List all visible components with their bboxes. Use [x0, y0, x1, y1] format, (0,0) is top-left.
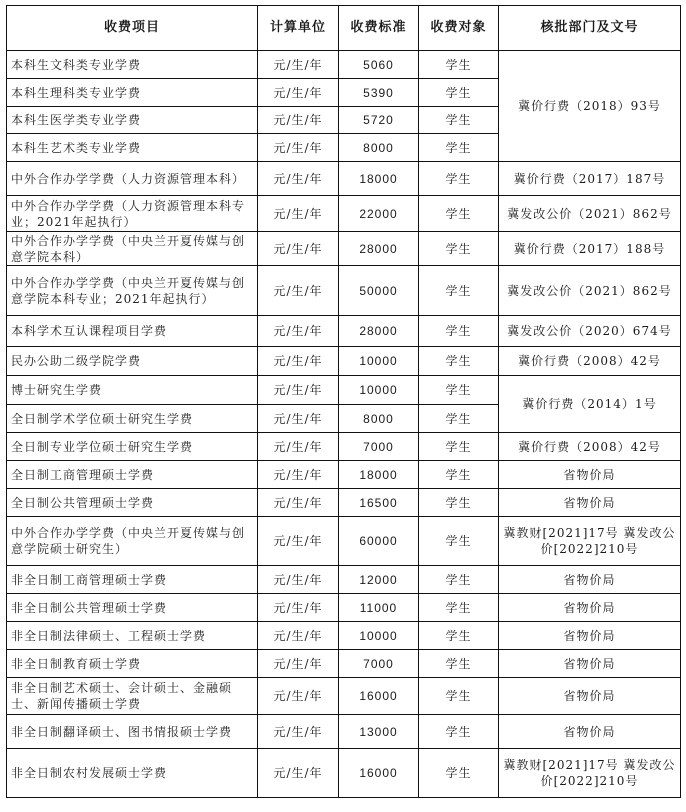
fee-item-cell: 非全日制工商管理硕士学费 — [7, 566, 258, 594]
fee-target-cell: 学生 — [419, 79, 499, 107]
fee-item-cell: 非全日制法律硕士、工程硕士学费 — [7, 622, 258, 650]
table-row: 中外合作办学学费（中央兰开夏传媒与创意学院本科专业；2021年起执行）元/生/年… — [7, 266, 681, 316]
fee-item-cell: 中外合作办学学费（中央兰开夏传媒与创意学院本科） — [7, 232, 258, 266]
unit-cell: 元/生/年 — [258, 79, 339, 107]
fee-target-cell: 学生 — [419, 715, 499, 749]
fee-standard-cell: 5060 — [339, 51, 419, 79]
approval-cell: 省物价局 — [499, 622, 681, 650]
approval-cell: 省物价局 — [499, 715, 681, 749]
fee-table: 收费项目 计算单位 收费标准 收费对象 核批部门及文号 本科生文科类专业学费元/… — [6, 5, 681, 798]
fee-target-cell: 学生 — [419, 566, 499, 594]
unit-cell: 元/生/年 — [258, 51, 339, 79]
unit-cell: 元/生/年 — [258, 678, 339, 715]
fee-target-cell: 学生 — [419, 347, 499, 376]
approval-cell: 省物价局 — [499, 594, 681, 622]
approval-cell: 冀发改公价（2021）862号 — [499, 266, 681, 316]
unit-cell: 元/生/年 — [258, 162, 339, 196]
fee-standard-cell: 18000 — [339, 461, 419, 489]
fee-item-cell: 全日制专业学位硕士研究生学费 — [7, 433, 258, 461]
approval-cell: 省物价局 — [499, 566, 681, 594]
unit-cell: 元/生/年 — [258, 196, 339, 232]
fee-standard-cell: 7000 — [339, 433, 419, 461]
fee-standard-cell: 18000 — [339, 162, 419, 196]
unit-cell: 元/生/年 — [258, 749, 339, 798]
fee-item-cell: 全日制公共管理硕士学费 — [7, 489, 258, 517]
unit-cell: 元/生/年 — [258, 134, 339, 162]
header-approval: 核批部门及文号 — [499, 6, 681, 51]
fee-standard-cell: 10000 — [339, 622, 419, 650]
fee-standard-cell: 10000 — [339, 347, 419, 376]
fee-item-cell: 中外合作办学学费（人力资源管理本科） — [7, 162, 258, 196]
fee-item-cell: 本科生艺术类专业学费 — [7, 134, 258, 162]
approval-cell: 冀价行费（2008）42号 — [499, 433, 681, 461]
fee-target-cell: 学生 — [419, 650, 499, 678]
fee-standard-cell: 16000 — [339, 749, 419, 798]
fee-target-cell: 学生 — [419, 749, 499, 798]
fee-target-cell: 学生 — [419, 162, 499, 196]
unit-cell: 元/生/年 — [258, 566, 339, 594]
fee-target-cell: 学生 — [419, 134, 499, 162]
table-row: 民办公助二级学院学费元/生/年10000学生冀价行费（2008）42号 — [7, 347, 681, 376]
unit-cell: 元/生/年 — [258, 433, 339, 461]
table-row: 非全日制教育硕士学费元/生/年7000学生省物价局 — [7, 650, 681, 678]
fee-target-cell: 学生 — [419, 517, 499, 566]
fee-item-cell: 博士研究生学费 — [7, 376, 258, 405]
fee-standard-cell: 22000 — [339, 196, 419, 232]
fee-standard-cell: 5390 — [339, 79, 419, 107]
unit-cell: 元/生/年 — [258, 517, 339, 566]
fee-item-cell: 中外合作办学学费（人力资源管理本科专业；2021年起执行） — [7, 196, 258, 232]
fee-item-cell: 中外合作办学学费（中央兰开夏传媒与创意学院本科专业；2021年起执行） — [7, 266, 258, 316]
fee-item-cell: 本科学术互认课程项目学费 — [7, 316, 258, 347]
table-row: 全日制专业学位硕士研究生学费元/生/年7000学生冀价行费（2008）42号 — [7, 433, 681, 461]
fee-standard-cell: 12000 — [339, 566, 419, 594]
fee-target-cell: 学生 — [419, 376, 499, 405]
fee-item-cell: 本科生医学类专业学费 — [7, 107, 258, 134]
unit-cell: 元/生/年 — [258, 650, 339, 678]
approval-cell: 冀教财[2021]17号 冀发改公价[2022]210号 — [499, 517, 681, 566]
fee-standard-cell: 16500 — [339, 489, 419, 517]
clipped-footer-text: ……………………………………… — [0, 804, 400, 812]
unit-cell: 元/生/年 — [258, 347, 339, 376]
table-row: 非全日制艺术硕士、会计硕士、金融硕士、新闻传播硕士学费元/生/年16000学生省… — [7, 678, 681, 715]
approval-cell: 省物价局 — [499, 461, 681, 489]
fee-target-cell: 学生 — [419, 622, 499, 650]
fee-target-cell: 学生 — [419, 433, 499, 461]
fee-target-cell: 学生 — [419, 405, 499, 433]
unit-cell: 元/生/年 — [258, 316, 339, 347]
unit-cell: 元/生/年 — [258, 107, 339, 134]
unit-cell: 元/生/年 — [258, 232, 339, 266]
fee-standard-cell: 28000 — [339, 232, 419, 266]
fee-target-cell: 学生 — [419, 107, 499, 134]
table-row: 中外合作办学学费（中央兰开夏传媒与创意学院硕士研究生）元/生/年60000学生冀… — [7, 517, 681, 566]
fee-item-cell: 中外合作办学学费（中央兰开夏传媒与创意学院硕士研究生） — [7, 517, 258, 566]
unit-cell: 元/生/年 — [258, 266, 339, 316]
table-row: 非全日制农村发展硕士学费元/生/年16000学生冀教财[2021]17号 冀发改… — [7, 749, 681, 798]
approval-cell: 省物价局 — [499, 489, 681, 517]
approval-cell: 冀价行费（2014）1号 — [499, 376, 681, 433]
fee-standard-cell: 8000 — [339, 405, 419, 433]
table-row: 本科生文科类专业学费元/生/年5060学生冀价行费（2018）93号 — [7, 51, 681, 79]
fee-standard-cell: 16000 — [339, 678, 419, 715]
unit-cell: 元/生/年 — [258, 405, 339, 433]
table-row: 全日制工商管理硕士学费元/生/年18000学生省物价局 — [7, 461, 681, 489]
fee-target-cell: 学生 — [419, 316, 499, 347]
fee-target-cell: 学生 — [419, 461, 499, 489]
fee-target-cell: 学生 — [419, 196, 499, 232]
table-row: 本科学术互认课程项目学费元/生/年28000学生冀发改公价（2020）674号 — [7, 316, 681, 347]
fee-standard-cell: 60000 — [339, 517, 419, 566]
table-row: 中外合作办学学费（人力资源管理本科专业；2021年起执行）元/生/年22000学… — [7, 196, 681, 232]
fee-item-cell: 非全日制教育硕士学费 — [7, 650, 258, 678]
unit-cell: 元/生/年 — [258, 594, 339, 622]
header-row: 收费项目 计算单位 收费标准 收费对象 核批部门及文号 — [7, 6, 681, 51]
fee-item-cell: 本科生文科类专业学费 — [7, 51, 258, 79]
fee-standard-cell: 8000 — [339, 134, 419, 162]
unit-cell: 元/生/年 — [258, 622, 339, 650]
table-row: 中外合作办学学费（中央兰开夏传媒与创意学院本科）元/生/年28000学生冀价行费… — [7, 232, 681, 266]
fee-standard-cell: 13000 — [339, 715, 419, 749]
fee-standard-cell: 50000 — [339, 266, 419, 316]
fee-item-cell: 全日制工商管理硕士学费 — [7, 461, 258, 489]
approval-cell: 冀价行费（2018）93号 — [499, 51, 681, 162]
approval-cell: 冀发改公价（2020）674号 — [499, 316, 681, 347]
unit-cell: 元/生/年 — [258, 715, 339, 749]
fee-item-cell: 全日制学术学位硕士研究生学费 — [7, 405, 258, 433]
approval-cell: 冀价行费（2017）188号 — [499, 232, 681, 266]
table-row: 非全日制翻译硕士、图书情报硕士学费元/生/年13000学生省物价局 — [7, 715, 681, 749]
fee-item-cell: 非全日制翻译硕士、图书情报硕士学费 — [7, 715, 258, 749]
fee-standard-cell: 11000 — [339, 594, 419, 622]
fee-standard-cell: 5720 — [339, 107, 419, 134]
header-fee-standard: 收费标准 — [339, 6, 419, 51]
fee-target-cell: 学生 — [419, 678, 499, 715]
header-fee-item: 收费项目 — [7, 6, 258, 51]
fee-item-cell: 本科生理科类专业学费 — [7, 79, 258, 107]
approval-cell: 冀价行费（2017）187号 — [499, 162, 681, 196]
fee-target-cell: 学生 — [419, 489, 499, 517]
table-row: 中外合作办学学费（人力资源管理本科）元/生/年18000学生冀价行费（2017）… — [7, 162, 681, 196]
table-row: 非全日制法律硕士、工程硕士学费元/生/年10000学生省物价局 — [7, 622, 681, 650]
fee-standard-cell: 28000 — [339, 316, 419, 347]
fee-target-cell: 学生 — [419, 594, 499, 622]
unit-cell: 元/生/年 — [258, 461, 339, 489]
table-body: 本科生文科类专业学费元/生/年5060学生冀价行费（2018）93号本科生理科类… — [7, 51, 681, 798]
header-unit: 计算单位 — [258, 6, 339, 51]
fee-standard-cell: 10000 — [339, 376, 419, 405]
fee-item-cell: 非全日制公共管理硕士学费 — [7, 594, 258, 622]
table-row: 博士研究生学费元/生/年10000学生冀价行费（2014）1号 — [7, 376, 681, 405]
unit-cell: 元/生/年 — [258, 376, 339, 405]
approval-cell: 冀教财[2021]17号 冀发改公价[2022]210号 — [499, 749, 681, 798]
fee-target-cell: 学生 — [419, 266, 499, 316]
table-row: 全日制公共管理硕士学费元/生/年16500学生省物价局 — [7, 489, 681, 517]
fee-item-cell: 民办公助二级学院学费 — [7, 347, 258, 376]
fee-item-cell: 非全日制农村发展硕士学费 — [7, 749, 258, 798]
fee-target-cell: 学生 — [419, 51, 499, 79]
approval-cell: 冀价行费（2008）42号 — [499, 347, 681, 376]
fee-item-cell: 非全日制艺术硕士、会计硕士、金融硕士、新闻传播硕士学费 — [7, 678, 258, 715]
approval-cell: 省物价局 — [499, 650, 681, 678]
header-fee-target: 收费对象 — [419, 6, 499, 51]
approval-cell: 冀发改公价（2021）862号 — [499, 196, 681, 232]
fee-target-cell: 学生 — [419, 232, 499, 266]
unit-cell: 元/生/年 — [258, 489, 339, 517]
table-row: 非全日制工商管理硕士学费元/生/年12000学生省物价局 — [7, 566, 681, 594]
fee-standard-cell: 7000 — [339, 650, 419, 678]
table-row: 非全日制公共管理硕士学费元/生/年11000学生省物价局 — [7, 594, 681, 622]
approval-cell: 省物价局 — [499, 678, 681, 715]
